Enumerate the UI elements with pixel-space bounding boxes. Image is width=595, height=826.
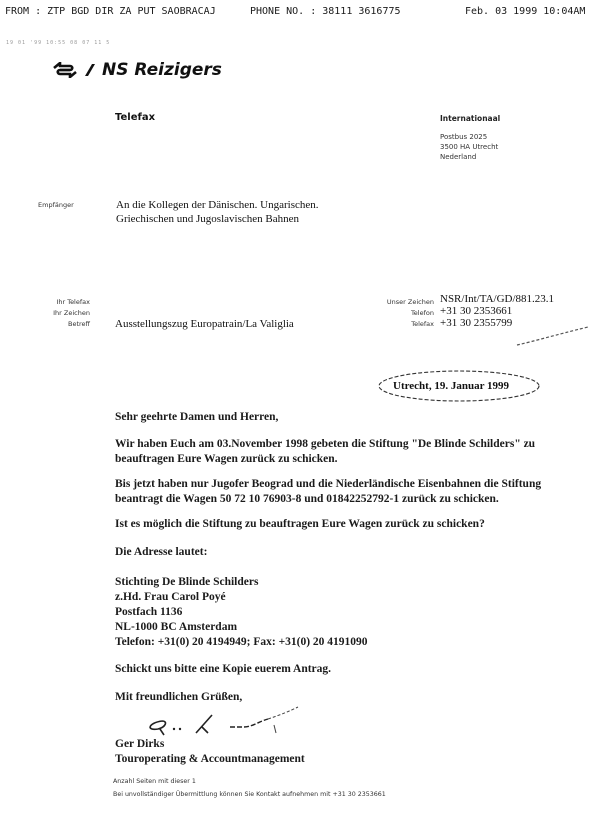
subject-label: Betreff [40, 319, 90, 330]
recipient-label: Empfänger [38, 201, 74, 209]
sender-address-block: Internationaal Postbus 2025 3500 HA Utre… [440, 114, 500, 162]
paragraph-line: Bis jetzt haben nur Jugofer Beograd und … [115, 477, 541, 492]
fax-phone: PHONE NO. : 38111 3616775 [250, 6, 401, 17]
address-line: Stichting De Blinde Schilders [115, 575, 368, 590]
fax-label: Telefax [366, 319, 434, 330]
fax-sub-line: 19 01 '99 10:55 08 07 11 5 [6, 40, 110, 46]
paragraph-1: Wir haben Euch am 03.November 1998 gebet… [115, 437, 535, 467]
our-reference-label: Unser Zeichen [366, 297, 434, 308]
phone-label: Telefon [366, 308, 434, 319]
sender-address-line: 3500 HA Utrecht [440, 142, 500, 152]
address-line: Telefon: +31(0) 20 4194949; Fax: +31(0) … [115, 635, 368, 650]
address-line: z.Hd. Frau Carol Poyé [115, 590, 368, 605]
address-intro: Die Adresse lautet: [115, 545, 207, 560]
fax-sender: FROM : ZTP BGD DIR ZA PUT SAOBRACAJ [5, 6, 216, 17]
address-line: Postfach 1136 [115, 605, 368, 620]
subject-value: Ausstellungszug Europatrain/La Valiglia [115, 318, 294, 330]
pen-stroke-mark [515, 325, 590, 347]
sender-department: Internationaal [440, 114, 500, 124]
letterhead-logo: NS Reizigers [52, 60, 222, 80]
your-reference-label: Ihr Zeichen [40, 308, 90, 319]
page-count: Anzahl Seiten mit dieser 1 [113, 778, 196, 785]
handwritten-signature [140, 705, 310, 739]
foundation-address: Stichting De Blinde Schilders z.Hd. Frau… [115, 575, 368, 650]
fax-datetime: Feb. 03 1999 10:04AM [465, 6, 585, 17]
paragraph-line: beauftragen Eure Wagen zurück zu schicke… [115, 452, 535, 467]
recipient-line: An die Kollegen der Dänischen. Ungarisch… [116, 198, 319, 212]
document-type: Telefax [115, 112, 155, 123]
your-fax-label: Ihr Telefax [40, 297, 90, 308]
recipient-block: An die Kollegen der Dänischen. Ungarisch… [116, 198, 319, 226]
reference-labels-left: Ihr Telefax Ihr Zeichen Betreff [40, 297, 90, 330]
paragraph-3: Ist es möglich die Stiftung zu beauftrag… [115, 517, 485, 532]
transmission-contact-note: Bei unvollständiger Übermittlung können … [113, 791, 386, 798]
slash-mark-icon [84, 63, 96, 77]
recipient-line: Griechischen und Jugoslavischen Bahnen [116, 212, 319, 226]
company-name: NS Reizigers [102, 60, 222, 80]
closing: Mit freundlichen Grüßen, [115, 690, 242, 705]
signer-name: Ger Dirks [115, 737, 164, 752]
paragraph-line: Wir haben Euch am 03.November 1998 gebet… [115, 437, 535, 452]
reference-values-right: NSR/Int/TA/GD/881.23.1 +31 30 2353661 +3… [440, 293, 554, 329]
our-reference-value: NSR/Int/TA/GD/881.23.1 [440, 293, 554, 305]
letter-date: Utrecht, 19. Januar 1999 [393, 380, 509, 392]
copy-request: Schickt uns bitte eine Kopie euerem Antr… [115, 662, 331, 677]
salutation: Sehr geehrte Damen und Herren, [115, 410, 278, 425]
reference-labels-right: Unser Zeichen Telefon Telefax [366, 297, 434, 330]
ns-arrows-logo-icon [52, 62, 78, 78]
paragraph-2: Bis jetzt haben nur Jugofer Beograd und … [115, 477, 541, 507]
sender-address-line: Postbus 2025 [440, 132, 500, 142]
signer-title: Touroperating & Accountmanagement [115, 752, 305, 767]
address-line: NL-1000 BC Amsterdam [115, 620, 368, 635]
phone-value: +31 30 2353661 [440, 305, 554, 317]
paragraph-line: beantragt die Wagen 50 72 10 76903-8 und… [115, 492, 541, 507]
sender-address-line: Nederland [440, 152, 500, 162]
